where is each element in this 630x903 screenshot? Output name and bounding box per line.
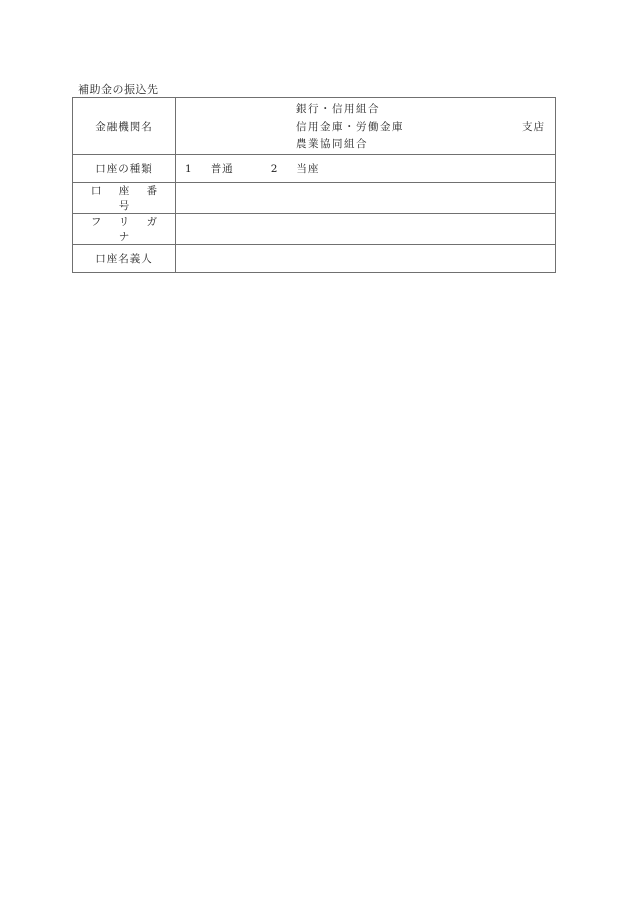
option-2-text: 当座	[296, 161, 319, 176]
bank-name-field[interactable]: 銀行・信用組合 信用金庫・労働金庫 農業協同組合 支店	[176, 98, 556, 155]
option-2-number: 2	[271, 163, 279, 175]
label-bank-name: 金融機関名	[73, 98, 176, 155]
bank-type-agri-coop: 農業協同組合	[296, 136, 404, 154]
account-holder-field[interactable]	[176, 245, 556, 273]
bank-transfer-table: 金融機関名 銀行・信用組合 信用金庫・労働金庫 農業協同組合 支店 口座の種類 …	[72, 97, 556, 273]
account-number-field[interactable]	[176, 183, 556, 214]
option-1-text: 普通	[211, 161, 234, 176]
table-row-bank-name: 金融機関名 銀行・信用組合 信用金庫・労働金庫 農業協同組合 支店	[73, 98, 556, 155]
table-row-account-number: 口 座 番 号	[73, 183, 556, 214]
label-account-type: 口座の種類	[73, 155, 176, 183]
label-account-holder: 口座名義人	[73, 245, 176, 273]
table-row-account-holder: 口座名義人	[73, 245, 556, 273]
branch-suffix: 支店	[522, 119, 545, 134]
form-caption: 補助金の振込先	[78, 81, 159, 97]
furigana-field[interactable]	[176, 214, 556, 245]
option-1-number: 1	[185, 163, 193, 175]
bank-type-bank-credit-union: 銀行・信用組合	[296, 101, 404, 119]
account-type-field[interactable]: 1普通2当座	[176, 155, 556, 183]
label-account-number: 口 座 番 号	[73, 183, 176, 214]
table-row-account-type: 口座の種類 1普通2当座	[73, 155, 556, 183]
bank-type-options: 銀行・信用組合 信用金庫・労働金庫 農業協同組合	[296, 101, 404, 154]
table-row-furigana: フ リ ガ ナ	[73, 214, 556, 245]
label-furigana: フ リ ガ ナ	[73, 214, 176, 245]
bank-type-shinkin-rokin: 信用金庫・労働金庫	[296, 119, 404, 137]
